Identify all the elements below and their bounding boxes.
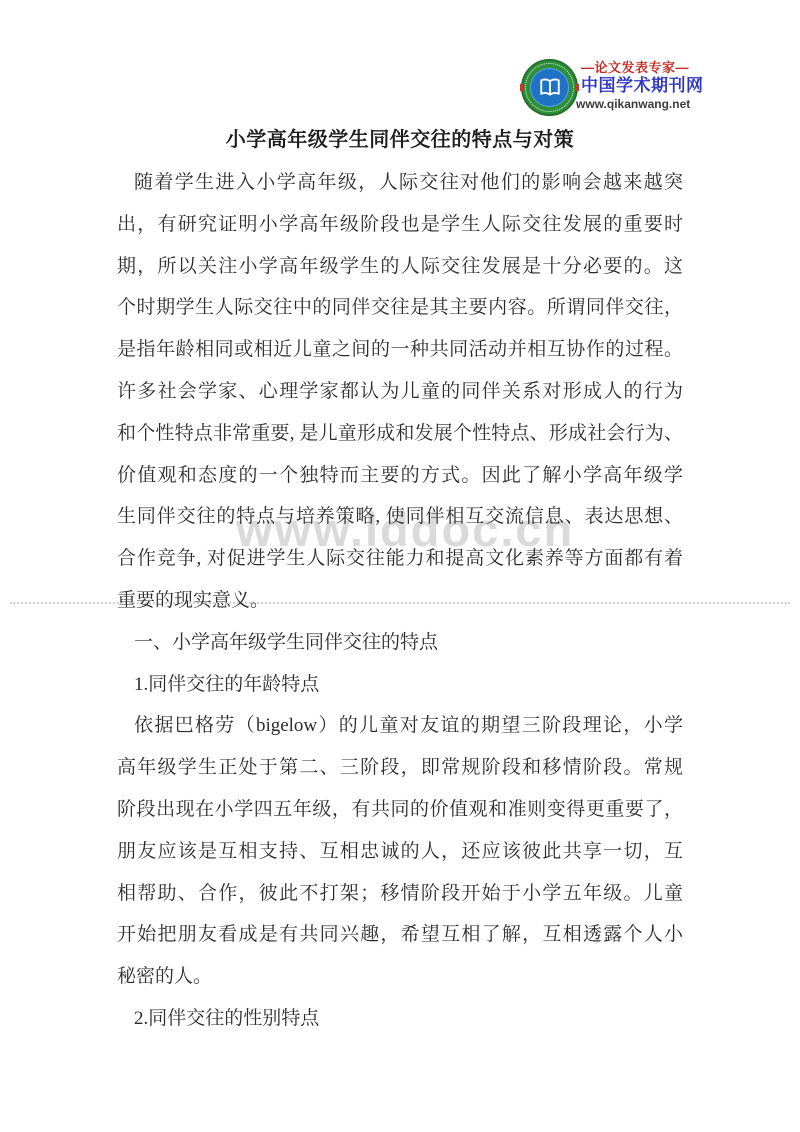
text-line: 合作竞争, 对促进学生人际交往能力和提高文化素养等方面都有着 (117, 538, 683, 580)
text-line: 2.同伴交往的性别特点 (117, 998, 683, 1040)
document-page: —论文发表专家— 中国学术期刊网 www.qikanwang.net 小学高年级… (0, 0, 800, 1132)
emblem-red-accent-right (575, 84, 579, 91)
text-line: 重要的现实意义。 (117, 580, 683, 622)
open-book-icon (534, 74, 566, 102)
site-logo: —论文发表专家— 中国学术期刊网 www.qikanwang.net (521, 59, 704, 116)
text-line: 开始把朋友看成是有共同兴趣，希望互相了解，互相透露个人小 (117, 914, 683, 956)
text-line: 高年级学生正处于第二、三阶段，即常规阶段和移情阶段。常规 (117, 747, 683, 789)
logo-tagline: —论文发表专家— (581, 60, 704, 75)
text-line: 许多社会学家、心理学家都认为儿童的同伴关系对形成人的行为 (117, 371, 683, 413)
text-line: 1.同伴交往的年龄特点 (117, 664, 683, 706)
text-line: 个时期学生人际交往中的同伴交往是其主要内容。所谓同伴交往， (117, 287, 683, 329)
text-line: 是指年龄相同或相近儿童之间的一种共同活动并相互协作的过程。 (117, 329, 683, 371)
text-line: 朋友应该是互相支持、互相忠诚的人，还应该彼此共享一切，互 (117, 831, 683, 873)
text-line: 阶段出现在小学四五年级，有共同的价值观和准则变得更重要了， (117, 789, 683, 831)
logo-emblem (521, 59, 578, 116)
text-line: 和个性特点非常重要, 是儿童形成和发展个性特点、形成社会行为、 (117, 413, 683, 455)
text-line: 出，有研究证明小学高年级阶段也是学生人际交往发展的重要时 (117, 204, 683, 246)
text-line: 期，所以关注小学高年级学生的人际交往发展是十分必要的。这 (117, 246, 683, 288)
document-body: 随着学生进入小学高年级，人际交往对他们的影响会越来越突出，有研究证明小学高年级阶… (117, 162, 683, 1040)
text-line: 生同伴交往的特点与培养策略, 使同伴相互交流信息、表达思想、 (117, 496, 683, 538)
text-line: 价值观和态度的一个独特而主要的方式。因此了解小学高年级学 (117, 455, 683, 497)
text-line: 依据巴格劳（bigelow）的儿童对友谊的期望三阶段理论，小学 (117, 705, 683, 747)
text-line: 相帮助、合作，彼此不打架；移情阶段开始于小学五年级。儿童 (117, 873, 683, 915)
emblem-red-accent-left (520, 84, 524, 91)
text-line: 随着学生进入小学高年级，人际交往对他们的影响会越来越突 (117, 162, 683, 204)
logo-site-url: www.qikanwang.net (576, 97, 704, 111)
document-title: 小学高年级学生同伴交往的特点与对策 (0, 124, 800, 156)
text-line: 一、小学高年级学生同伴交往的特点 (117, 622, 683, 664)
logo-site-name: 中国学术期刊网 (581, 75, 704, 97)
text-line: 秘密的人。 (117, 956, 683, 998)
logo-text-block: —论文发表专家— 中国学术期刊网 www.qikanwang.net (578, 59, 704, 111)
